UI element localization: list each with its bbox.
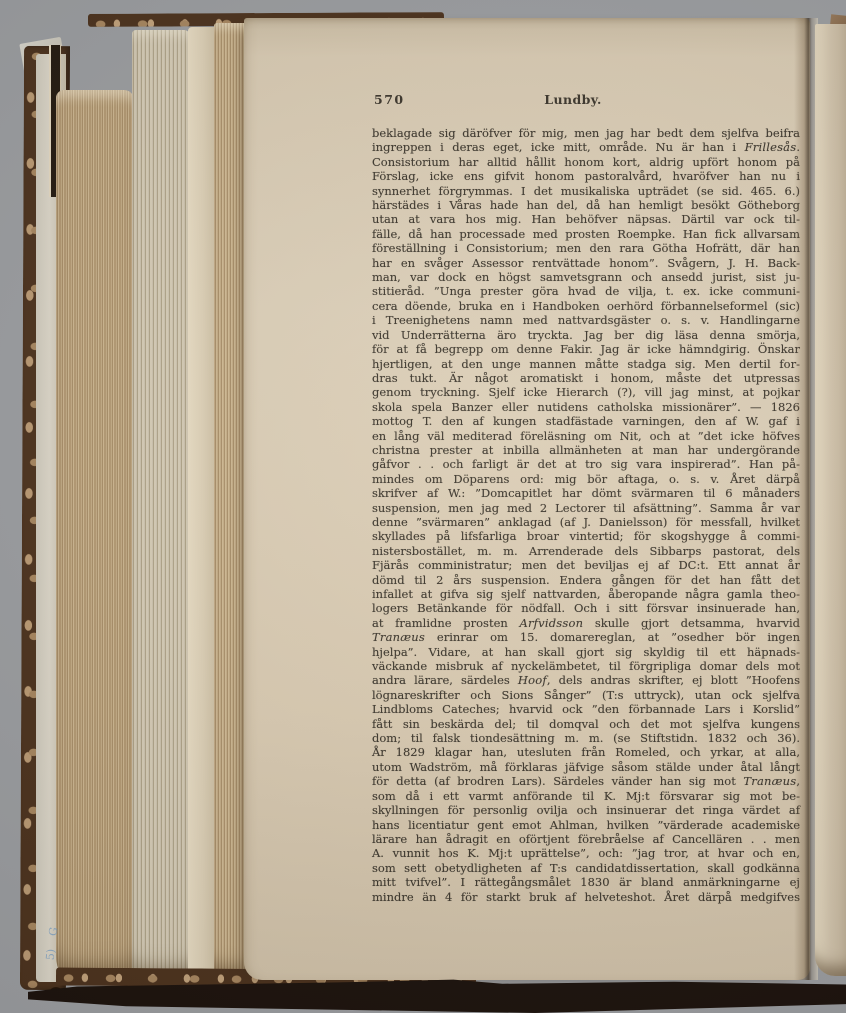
text-line: christna prester at inbilla allmänheten … (372, 443, 800, 457)
text-line: mindre än 4 för starkt bruk af helvetesh… (372, 890, 800, 904)
text-line: mindes om Döparens ord: mig bör aftaga, … (372, 472, 800, 486)
text-line: skyllningen för personlig ovilja och ins… (372, 803, 800, 817)
text-line: en lång väl mediterad föreläsning om Nit… (372, 429, 800, 443)
text-line: dras tukt. Är något aromatiskt i honom, … (372, 371, 800, 385)
text-line: År 1829 klagar han, utesluten från Romel… (372, 745, 800, 759)
text-line: nistersbostället, m. m. Arrenderade dels… (372, 544, 800, 558)
text-line: har en svåger Assessor rentvättade honom… (372, 256, 800, 270)
text-line: fälle, då han processade med prosten Roe… (372, 227, 800, 241)
text-line: cera döende, bruka en i Handboken oerhör… (372, 299, 800, 313)
page-edges-stack (214, 23, 247, 979)
text-line: väckande misbruk af nyckelämbetet, til f… (372, 659, 800, 673)
book-scan: 570 Lundby. beklagade sig däröfver för m… (0, 0, 846, 1013)
text-line: beklagade sig däröfver för mig, men jag … (372, 126, 800, 140)
library-stamp: 5) (44, 948, 58, 960)
text-line: mottog T. den af kungen stadfästade varn… (372, 414, 800, 428)
text-line: för at få begrepp om denne Fakir. Jag är… (372, 342, 800, 356)
text-line: A. vunnit hos K. Mj:t uprättelse”, och: … (372, 846, 800, 860)
text-line: hjertligen, at den unge mannen måtte sta… (372, 357, 800, 371)
text-line: i Treenighetens namn med nattvardsgäster… (372, 313, 800, 327)
text-line: man, var dock en högst samvetsgrann och … (372, 270, 800, 284)
text-line: utom Wadström, må förklaras jäfvige såso… (372, 760, 800, 774)
text-line: infallet at gifva sig sjelf nattvarden, … (372, 587, 800, 601)
text-line: andra lärare, särdeles Hoof, dels andras… (372, 673, 800, 687)
text-line: hjelpa”. Vidare, at han skall gjort sig … (372, 645, 800, 659)
text-line: stitieråd. ”Unga prester göra hvad de vi… (372, 284, 800, 298)
text-line: at framlidne prosten Arfvidsson skulle g… (372, 616, 800, 630)
text-line: lärare han ådragit en oförtjent förebråe… (372, 832, 800, 846)
text-line: föreställning i Consistorium; men den ra… (372, 241, 800, 255)
text-line: gåfvor . . och farligt är det at tro sig… (372, 457, 800, 471)
text-line: Förslag, icke ens gifvit honom pastoralv… (372, 169, 800, 183)
text-line: hans licentiatur gent emot Ahlman, hvilk… (372, 818, 800, 832)
book-page: 570 Lundby. beklagade sig däröfver för m… (244, 18, 810, 980)
text-line: skrifver af W.: ”Domcapitlet har dömt sv… (372, 486, 800, 500)
text-line: logers Betänkande för nödfall. Och i sit… (372, 601, 800, 615)
text-line: Fjärås comministratur; men det beviljas … (372, 558, 800, 572)
text-line: synnerhet förgrymmas. I det musikaliska … (372, 184, 800, 198)
text-line: suspension, men jag med 2 Lectorer til a… (372, 501, 800, 515)
intermediate-page-edge (188, 27, 216, 979)
text-line: Consistorium har alltid hållit honom kor… (372, 155, 800, 169)
text-line: Tranæus erinrar om 15. domarereglan, at … (372, 630, 800, 644)
text-line: fått sin beskärda del; til domqval och d… (372, 717, 800, 731)
text-line: Lindbloms Cateches; hvarvid ock ”den för… (372, 702, 800, 716)
page-header: 570 Lundby. (244, 92, 810, 108)
text-line: som sett obetydligheten af T:s candidatd… (372, 861, 800, 875)
text-line: utan at vara hos mig. Han behöfver näpsa… (372, 212, 800, 226)
running-header: Lundby. (373, 92, 773, 107)
text-line: skola spela Banzer eller nutidens cathol… (372, 400, 800, 414)
text-line: genom tryckning. Sjelf icke Hierarch (?)… (372, 385, 800, 399)
facing-page-edge (815, 24, 846, 976)
text-line: lögnareskrifter och Sions Sånger” (T:s u… (372, 688, 800, 702)
text-line: vid Underrätterna äro tryckta. Jag ber d… (372, 328, 800, 342)
text-line: dömd til 2 års suspension. Endera gången… (372, 573, 800, 587)
text-line: dom; til falsk tiondesättning m. m. (se … (372, 731, 800, 745)
text-line: för detta (af brodren Lars). Särdeles vä… (372, 774, 800, 788)
text-line: skyllades på lifsfarliga broar vintertid… (372, 529, 800, 543)
text-line: ingreppen i deras eget, icke mitt, områd… (372, 140, 800, 154)
page-edges-stack (56, 90, 134, 982)
text-line: mitt tvifvel”. I rättegångsmålet 1830 är… (372, 875, 800, 889)
text-line: härstädes i Våras hade han del, då han h… (372, 198, 800, 212)
text-line: som då i ett varmt anförande til K. Mj:t… (372, 789, 800, 803)
page-text: beklagade sig däröfver för mig, men jag … (372, 126, 800, 904)
text-line: denne ”svärmaren” anklagad (af J. Daniel… (372, 515, 800, 529)
page-edges-stack (132, 30, 190, 980)
